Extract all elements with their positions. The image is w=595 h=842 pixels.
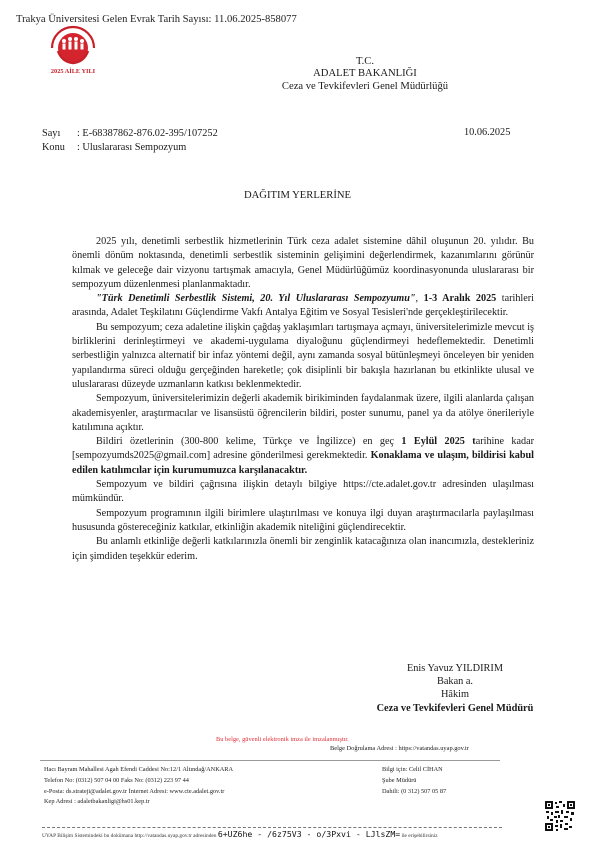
esignature-note: Bu belge, güvenli elektronik imza ile im… [216,736,349,743]
footer-info: Bilgi için: Celil CİHAN Şube Müdürü Dahi… [382,765,446,797]
symposium-dates: 1-3 Aralık 2025 [424,293,497,304]
paragraph-1: 2025 yılı, denetimli serbestlik hizmetle… [72,235,534,292]
info-contact: Bilgi için: Celil CİHAN [382,765,446,776]
separator: , [416,293,424,304]
distribution-heading: DAĞITIM YERLERİNE [0,190,595,201]
info-phone: Dahili: (0 312) 507 05 87 [382,787,446,798]
signer-title: Hâkim [345,688,565,701]
uyap-suffix: ile erişebilirsiniz [400,833,437,839]
uyap-access-code: 6+UZ6he - /6z75V3 - o/3Pxvi - LJlsZM= [218,829,400,839]
header-ministry: ADALET BAKANLIĞI [200,68,530,80]
footer-phone: Telefon No: (0312) 507 04 00 Faks No: (0… [44,776,233,787]
uyap-divider [42,827,502,828]
document-meta: Sayı: E-68387862-876.02-395/107252 Konu:… [42,127,218,155]
paragraph-8: Bu anlamlı etkinliğe değerli katkılarını… [72,535,534,564]
deadline: 1 Eylül 2025 t [401,436,475,447]
signer-on-behalf: Bakan a. [345,675,565,688]
p5-start: Bildiri özetlerinin (300-800 kelime, Tür… [96,436,401,447]
paragraph-7: Sempozyum programının ilgili birimlere u… [72,507,534,536]
konu-label: Konu [42,141,77,155]
family-year-logo-text: 2025 AİLE YILI [40,68,106,75]
paragraph-5: Bildiri özetlerinin (300-800 kelime, Tür… [72,435,534,478]
letterhead: T.C. ADALET BAKANLIĞI Ceza ve Tevkifevle… [200,56,530,93]
paragraph-4: Sempozyum, üniversitelerimizin değerli a… [72,392,534,435]
document-date: 10.06.2025 [464,127,510,138]
konu-value: : Uluslararası Sempozyum [77,142,186,153]
header-directorate: Ceza ve Tevkifevleri Genel Müdürlüğü [200,81,530,93]
footer-divider-right [382,760,500,761]
signature-block: Enis Yavuz YILDIRIM Bakan a. Hâkim Ceza … [345,662,565,715]
symposium-title: "Türk Denetimli Serbestlik Sistemi, 20. … [96,293,416,304]
letter-body: 2025 yılı, denetimli serbestlik hizmetle… [72,235,534,564]
signer-position: Ceza ve Tevkifevleri Genel Müdürü [345,702,565,715]
uyap-prefix: UYAP Bilişim Sistemindeki bu dokümana ht… [42,833,218,839]
footer-address: Hacı Bayram Mahallesi Agah Efendi Caddes… [44,765,233,776]
paragraph-3: Bu sempozyum; ceza adaletine ilişkin çağ… [72,321,534,392]
footer-contact: Hacı Bayram Mahallesi Agah Efendi Caddes… [44,765,233,808]
sayi-value: : E-68387862-876.02-395/107252 [77,128,218,139]
footer-divider-left [40,760,390,761]
qr-code-icon [545,801,575,831]
info-title: Şube Müdürü [382,776,446,787]
verification-address: Belge Doğrulama Adresi : https://vatanda… [330,745,469,752]
paragraph-6: Sempozyum ve bildiri çağrısına ilişkin d… [72,478,534,507]
footer-email: e-Posta: ds.strateji@adalet.gov.tr İnter… [44,787,233,798]
footer-kep: Kep Adresi : adaletbakanligi@hs01.kep.tr [44,797,233,808]
signer-name: Enis Yavuz YILDIRIM [345,662,565,675]
header-tc: T.C. [200,56,530,68]
paragraph-2: "Türk Denetimli Serbestlik Sistemi, 20. … [72,292,534,321]
uyap-access-note: UYAP Bilişim Sistemindeki bu dokümana ht… [42,829,438,839]
sayi-label: Sayı [42,127,77,141]
